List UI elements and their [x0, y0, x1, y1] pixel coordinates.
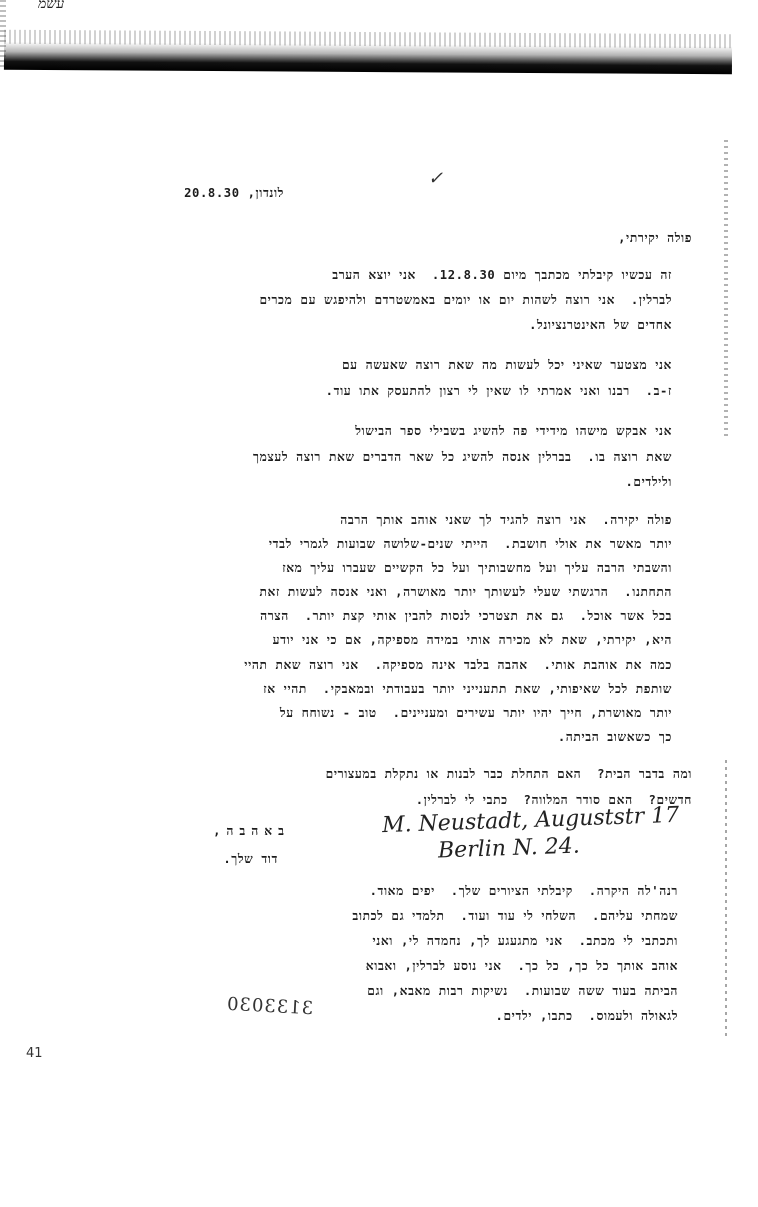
- handwritten-address-line-1: M. Neustadt, Auguststr 17: [382, 803, 680, 838]
- paragraph-4-line-10: כך כשאשוב הביתה.: [558, 730, 672, 745]
- paragraph-3-line-3: ולילדים.: [625, 475, 672, 490]
- paragraph-5-line-1: ומה בדבר הבית? האם התחלת כבר לבנות או נת…: [326, 767, 692, 782]
- scan-top-shadow: [4, 42, 732, 74]
- postscript-line-5: הביתה בעוד ששה שבועות. נשיקות רבות מאבא,…: [367, 984, 678, 999]
- scan-edge-right: [724, 140, 728, 440]
- handwritten-address-line-2: Berlin N. 24.: [438, 834, 581, 864]
- scan-edge-right-lower: [725, 760, 727, 1040]
- postscript-line-2: שמחתי עליהם. השלחי לי עוד ועוד. תלמדי גם…: [352, 909, 678, 924]
- paragraph-4-line-5: בכל אשר אוכל. גם את תצטרכי לנסות להבין א…: [260, 609, 672, 624]
- postscript-line-3: ותכתבי לי מכתב. אני מתגעגע לך, נחמדה לי,…: [373, 934, 678, 949]
- paragraph-4-line-3: והשבתי הרבה עליך ועל מחשבותיך ועל כל הקש…: [282, 561, 672, 576]
- paragraph-4-line-1: פולה יקירה. אני רוצה להגיד לך שאני אוהב …: [340, 513, 672, 528]
- postscript-line-1: רנה'לה היקרה. קיבלתי הציורים שלך. יפים מ…: [370, 884, 678, 899]
- postscript-line-4: אוהב אותך כל כך, כל כך. אני נוסע לברלין,…: [366, 959, 678, 974]
- paragraph-1-line-2: לברלין. אני רוצה לשהות יום או יומים באמש…: [259, 293, 672, 308]
- letter-page: עשמ ✓ לונדון, 20.8.30 פולה יקירתי, זה עכ…: [0, 0, 758, 1207]
- check-mark-icon: ✓: [428, 168, 443, 189]
- paragraph-2-line-1: אני מצטער שאיני יכל לעשות מה שאת רוצה שא…: [342, 358, 672, 373]
- page-number: 41: [26, 1046, 43, 1061]
- place-date: לונדון, 20.8.30: [184, 186, 284, 201]
- paragraph-1-line-3: אחדים של האינטרנציונל.: [529, 318, 672, 333]
- salutation: פולה יקירתי,: [618, 231, 692, 246]
- paragraph-2-line-2: ז-ב. רבנו ואני אמרתי לו שאין לי רצון להת…: [326, 384, 672, 399]
- paragraph-3-line-1: אני אבקש מישהו מידידי פה להשיג בשבילי ספ…: [355, 424, 672, 439]
- paragraph-4-line-9: יותר מאושרת, חייך יהיו יותר עשירים ומעני…: [280, 706, 672, 721]
- corner-handwritten-note: עשמ: [38, 0, 64, 13]
- paragraph-4-line-4: התחתנו. הרגשתי שעלי לעשותך יותר מאושרה, …: [260, 585, 672, 600]
- paragraph-1-line-1: זה עכשיו קיבלתי מכתבך מיום 12.8.30. אני …: [332, 268, 672, 283]
- paragraph-4-line-6: היא, יקירתי, שאת לא מכירה אותי במידה מספ…: [273, 633, 672, 648]
- signature: דוד שלך.: [223, 852, 278, 867]
- paragraph-4-line-7: כמה את אוהבת אותי. אהבה בלבד אינה מספיקה…: [244, 658, 672, 673]
- paragraph-4-line-8: שותפת לכל שאיפותי, שאת תתענייני יותר בעב…: [263, 682, 672, 697]
- archive-stamp: 3133030: [226, 994, 314, 1020]
- closing: באהבה,: [213, 824, 290, 839]
- paragraph-4-line-2: יותר מאשר את אולי חושבת. הייתי שנים-שלוש…: [269, 537, 672, 552]
- paragraph-3-line-2: שאת רוצה בו. בברלין אנסה להשיג כל שאר הד…: [253, 450, 672, 465]
- postscript-line-6: לגאולה ולעמוס. כתבו, ילדים.: [496, 1009, 678, 1024]
